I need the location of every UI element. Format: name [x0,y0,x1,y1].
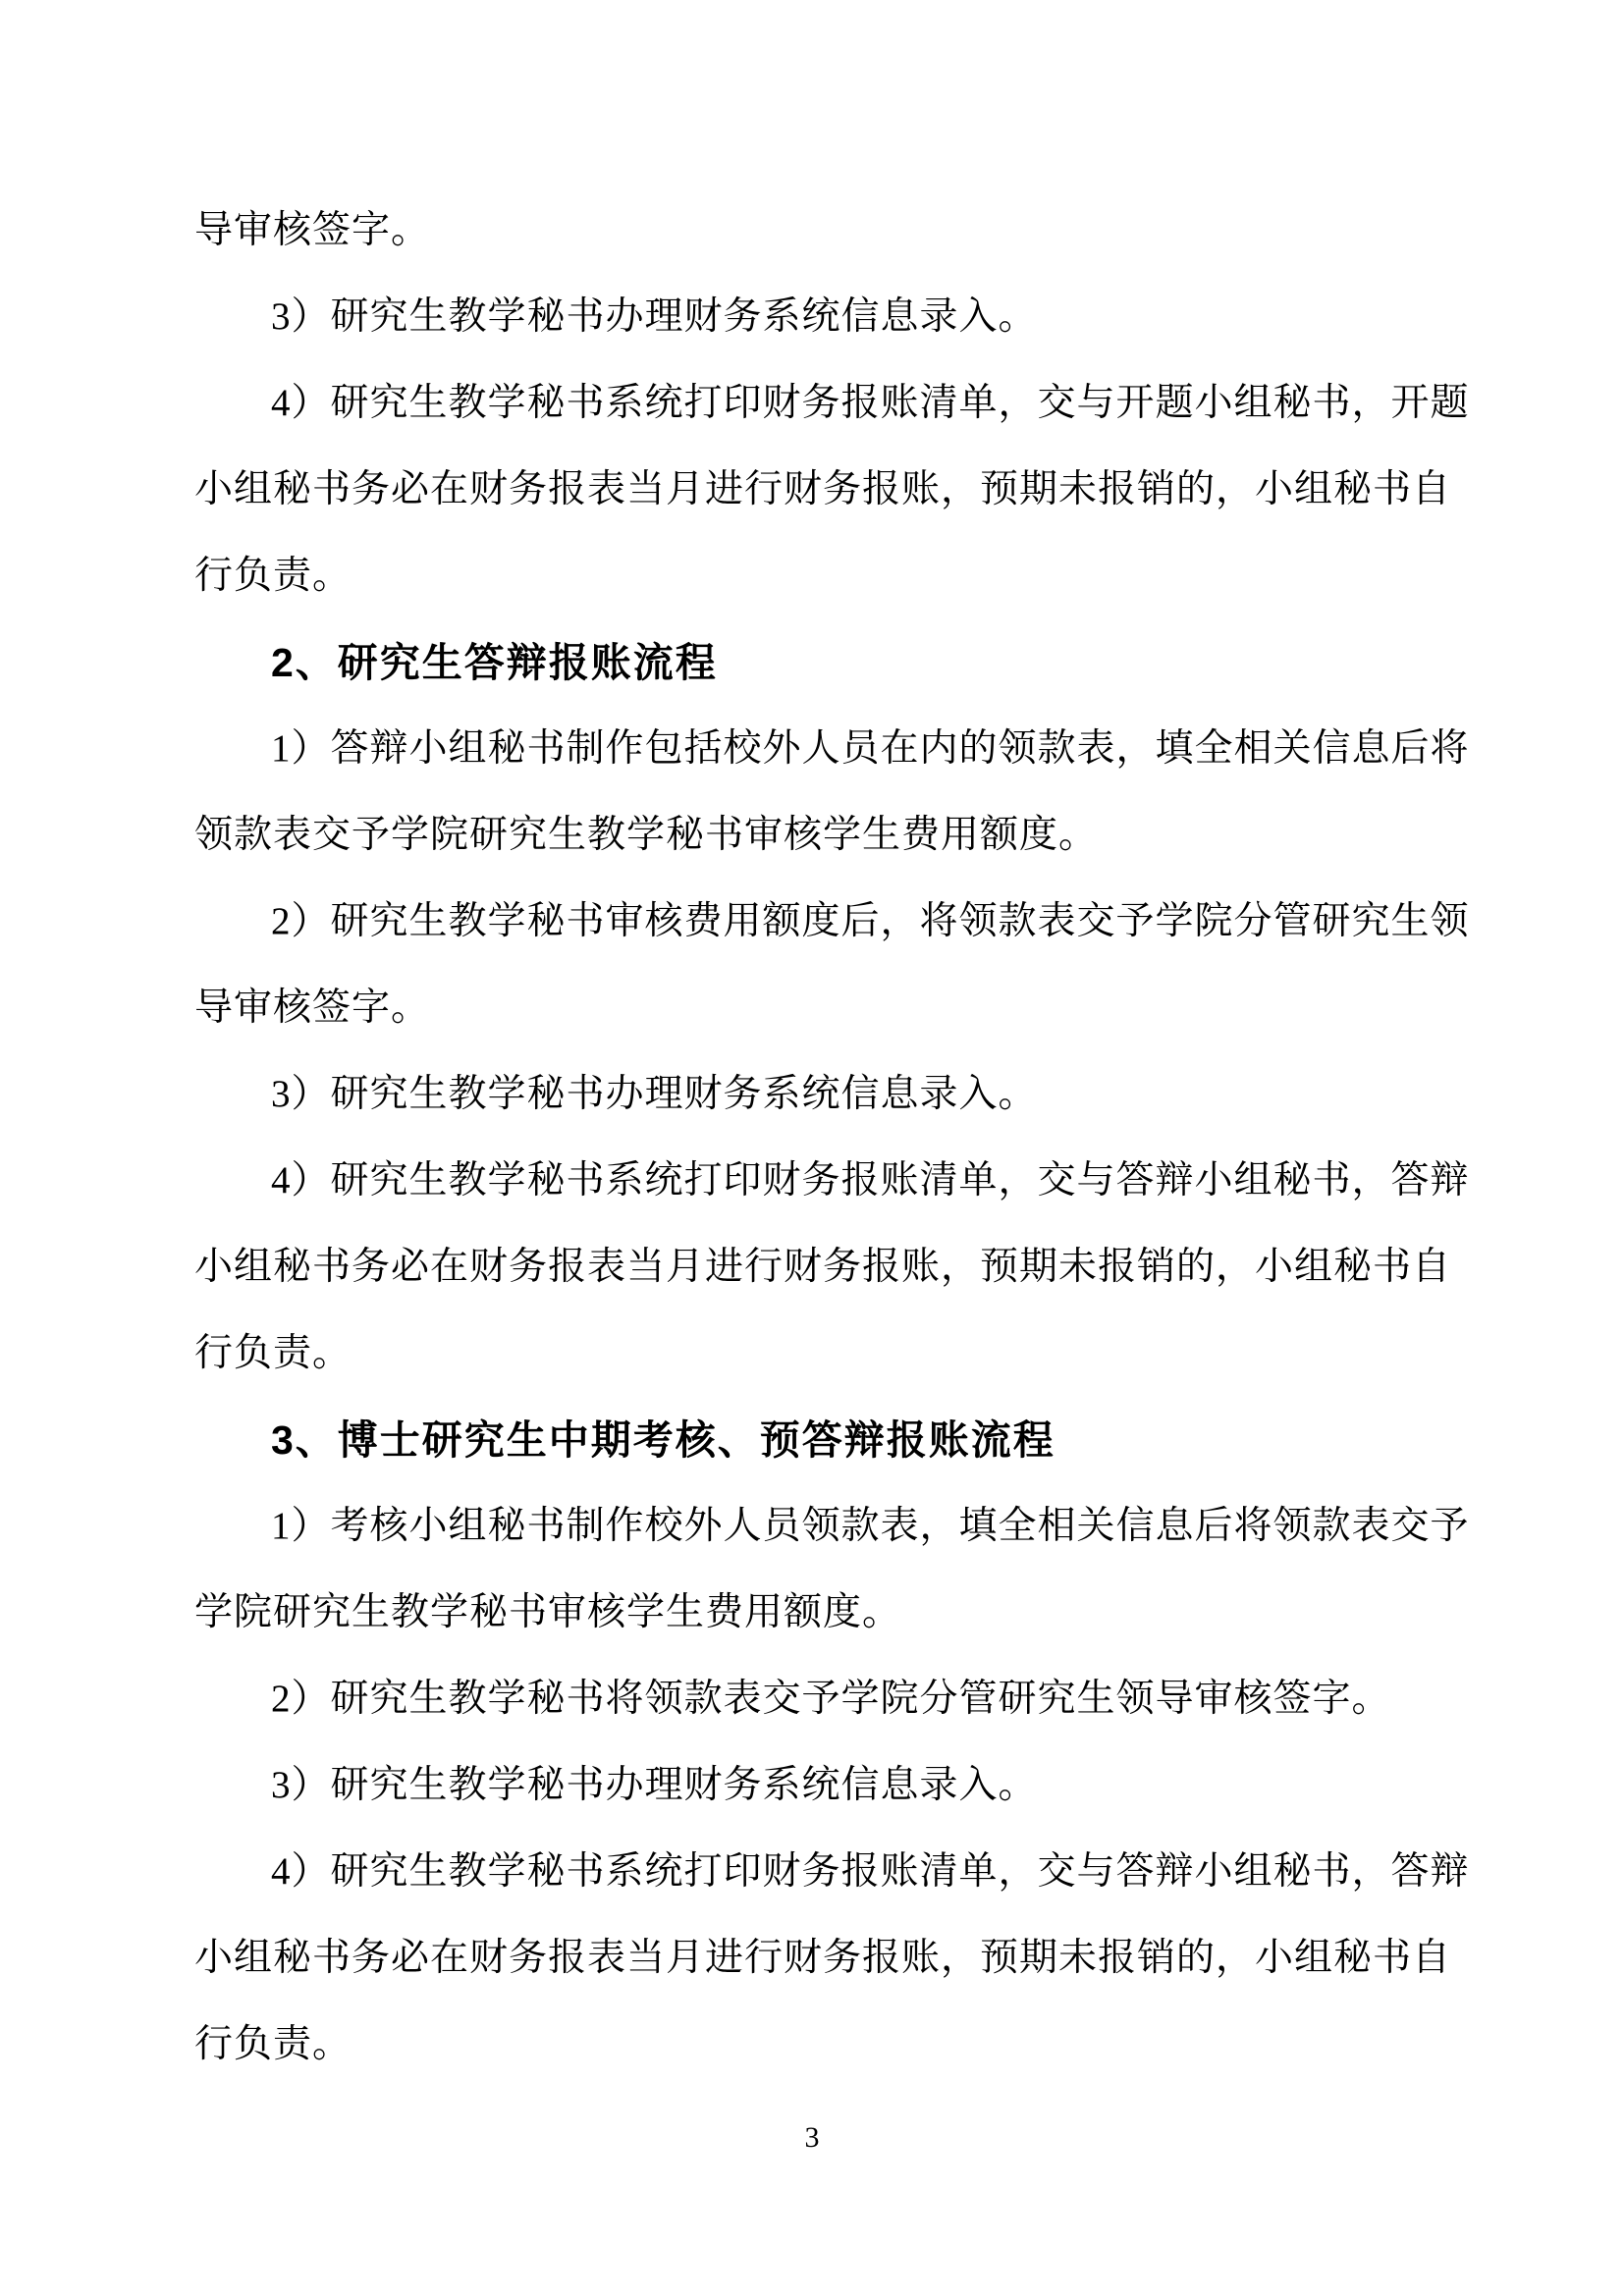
paragraph-line: 2）研究生教学秘书审核费用额度后，将领款表交予学院分管研究生领 [194,879,1471,965]
paragraph-line: 3）研究生教学秘书办理财务系统信息录入。 [194,274,1471,360]
paragraph-line: 1）考核小组秘书制作校外人员领款表，填全相关信息后将领款表交予 [194,1483,1471,1570]
paragraph-line: 学院研究生教学秘书审核学生费用额度。 [194,1570,1471,1656]
paragraph-line: 行负责。 [194,533,1471,619]
paragraph-line: 3）研究生教学秘书办理财务系统信息录入。 [194,1742,1471,1829]
page-number: 3 [0,2118,1624,2158]
paragraph-line: 1）答辩小组秘书制作包括校外人员在内的领款表，填全相关信息后将 [194,706,1471,792]
paragraph-line: 小组秘书务必在财务报表当月进行财务报账，预期未报销的，小组秘书自 [194,1224,1471,1310]
paragraph-line: 4）研究生教学秘书系统打印财务报账清单，交与开题小组秘书，开题 [194,360,1471,447]
paragraph-line: 4）研究生教学秘书系统打印财务报账清单，交与答辩小组秘书，答辩 [194,1138,1471,1224]
paragraph-line: 小组秘书务必在财务报表当月进行财务报账，预期未报销的，小组秘书自 [194,447,1471,533]
paragraph-line: 导审核签字。 [194,965,1471,1051]
document-page: 导审核签字。 3）研究生教学秘书办理财务系统信息录入。 4）研究生教学秘书系统打… [0,0,1624,2296]
paragraph-line: 2）研究生教学秘书将领款表交予学院分管研究生领导审核签字。 [194,1656,1471,1742]
paragraph-line: 小组秘书务必在财务报表当月进行财务报账，预期未报销的，小组秘书自 [194,1915,1471,2002]
paragraph-line: 行负责。 [194,1310,1471,1397]
section-heading: 2、研究生答辩报账流程 [194,619,1471,706]
paragraph-line: 4）研究生教学秘书系统打印财务报账清单，交与答辩小组秘书，答辩 [194,1829,1471,1915]
paragraph-line: 3）研究生教学秘书办理财务系统信息录入。 [194,1051,1471,1138]
section-heading: 3、博士研究生中期考核、预答辩报账流程 [194,1397,1471,1483]
document-body: 导审核签字。 3）研究生教学秘书办理财务系统信息录入。 4）研究生教学秘书系统打… [194,187,1471,2088]
paragraph-line: 行负责。 [194,2002,1471,2088]
paragraph-line: 领款表交予学院研究生教学秘书审核学生费用额度。 [194,792,1471,879]
paragraph-line: 导审核签字。 [194,187,1471,274]
